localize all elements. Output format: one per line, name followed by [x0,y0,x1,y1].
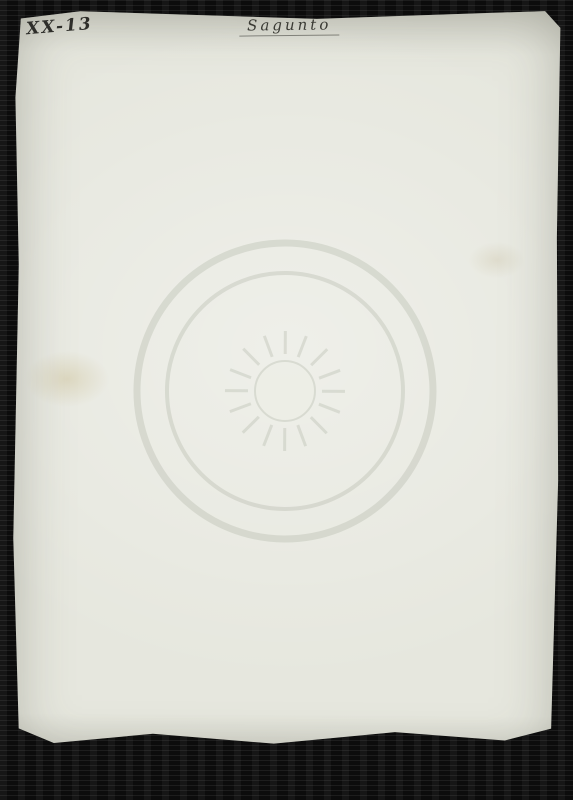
ledger-paper-sheet: XX-13 Sagunto [10,6,565,769]
page-title-text: Sagunto [239,15,339,36]
ledger-rows [24,50,558,53]
archive-stamp-watermark [129,235,441,547]
scanned-document-page: { "document": { "code": "XX-13", "title"… [0,0,573,800]
page-title: Sagunto [14,13,564,37]
